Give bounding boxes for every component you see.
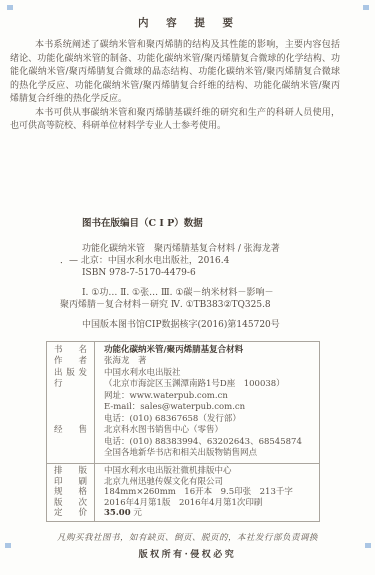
row-label: 定 价 [47, 508, 94, 519]
title-row: 书 名 功能化碳纳米管/聚丙烯腈基复合材料 [47, 345, 319, 357]
distributor-row: 经 售 北京科水图书销售中心（零售） 电话：(010) 88383994、632… [47, 425, 319, 460]
row-label: 排 版 [47, 466, 94, 477]
summary-paragraph-2: 本书可供从事碳纳米管和聚丙烯腈基碳纤维的研究和生产的科研人员使用，也可供高等院校… [10, 107, 340, 134]
edition-info: 2016年4月第1版 2016年4月第1次印刷 [94, 498, 319, 509]
typesetting-info: 中国水利水电出版社微机排版中心 [94, 466, 319, 477]
copyright-statement: 版权所有·侵权必究 [0, 547, 375, 560]
book-title: 功能化碳纳米管/聚丙烯腈基复合材料 [94, 345, 319, 357]
price-row: 定 价 35.00 元 [47, 508, 319, 519]
cip-classification-line-1: Ⅰ. ①功… Ⅱ. ①张… Ⅲ. ①碳－纳米材料－影响－ [60, 287, 375, 299]
column-divider [94, 342, 95, 522]
author-row: 作 者 张海龙 著 [47, 356, 319, 368]
publisher-address: （北京市海淀区玉渊潭南路1号D座 100038） [104, 379, 315, 391]
scan-corner-mark [7, 5, 13, 10]
format-info: 184mm×260mm 16开本 9.5印张 213千字 [94, 487, 319, 498]
publisher-row: 出 版 发 行 中国水利水电出版社 （北京市海淀区玉渊潭南路1号D座 10003… [47, 368, 319, 426]
row-label: 版 次 [47, 498, 94, 509]
distributor-phone: 电话：(010) 88383994、63202643、68545874 [104, 437, 315, 449]
publisher-info: 中国水利水电出版社 （北京市海淀区玉渊潭南路1号D座 100038） 网址：ww… [94, 368, 319, 426]
cip-block: 图书在版编目（C I P）数据 功能化碳纳米管 聚丙烯腈基复合材料 / 张海龙著… [60, 218, 375, 331]
row-label: 规 格 [47, 487, 94, 498]
colophon-section-top: 书 名 功能化碳纳米管/聚丙烯腈基复合材料 作 者 张海龙 著 出 版 发 行 … [47, 342, 319, 463]
publisher-website: 网址：www.waterpub.com.cn [104, 391, 315, 403]
publisher-phone: 电话：(010) 68367658（发行部） [104, 414, 315, 426]
distributor-info: 北京科水图书销售中心（零售） 电话：(010) 88383994、6320264… [94, 425, 319, 460]
row-label: 出 版 发 行 [47, 368, 94, 391]
row-label: 经 售 [47, 425, 94, 437]
publisher-name: 中国水利水电出版社 [104, 368, 315, 380]
edition-row: 版 次 2016年4月第1版 2016年4月第1次印刷 [47, 498, 319, 509]
scan-corner-mark [5, 543, 11, 548]
distributor-name: 北京科水图书销售中心（零售） [104, 425, 315, 437]
distributor-note: 全国各地新华书店和相关出版物销售网点 [104, 448, 315, 460]
scan-corner-mark [363, 5, 369, 10]
cip-isbn: ISBN 978-7-5170-4479-6 [60, 267, 375, 279]
row-label: 作 者 [47, 356, 94, 368]
publisher-email: E-mail：sales@waterpub.com.cn [104, 402, 315, 414]
book-copyright-page: 内 容 提 要 本书系统阐述了碳纳米管和聚丙烯腈的结构及其性能的影响，主要内容包… [0, 0, 375, 575]
cip-record-number: 中国版本图书馆CIP数据核字(2016)第145720号 [60, 319, 375, 331]
printing-row: 印 刷 北京九州迅驰传媒文化有限公司 [47, 477, 319, 488]
cip-classification-line-2: 聚丙烯腈－复合材料－研究 Ⅳ. ①TB383②TQ325.8 [60, 299, 375, 311]
cip-heading: 图书在版编目（C I P）数据 [60, 218, 375, 230]
cip-title-line: 功能化碳纳米管 聚丙烯腈基复合材料 / 张海龙著 [60, 243, 375, 255]
price-value: 35.00 [104, 508, 131, 518]
price-info: 35.00 元 [94, 508, 319, 519]
cip-publisher-line: ．— 北京：中国水利水电出版社，2016.4 [60, 255, 375, 267]
typesetting-row: 排 版 中国水利水电出版社微机排版中心 [47, 466, 319, 477]
summary-paragraph-1: 本书系统阐述了碳纳米管和聚丙烯腈的结构及其性能的影响，主要内容包括绪论、功能化碳… [10, 39, 340, 107]
colophon-section-bottom: 排 版 中国水利水电出版社微机排版中心 印 刷 北京九州迅驰传媒文化有限公司 规… [47, 463, 319, 522]
author-name: 张海龙 著 [94, 356, 319, 368]
price-unit: 元 [133, 508, 142, 518]
row-label: 书 名 [47, 345, 94, 357]
replacement-notice: 凡购买我社图书，如有缺页、倒页、脱页的，本社发行部负责调换 [0, 531, 375, 543]
row-label: 印 刷 [47, 477, 94, 488]
printing-info: 北京九州迅驰传媒文化有限公司 [94, 477, 319, 488]
scan-corner-mark [365, 543, 371, 548]
colophon-table: 书 名 功能化碳纳米管/聚丙烯腈基复合材料 作 者 张海龙 著 出 版 发 行 … [46, 341, 320, 523]
format-row: 规 格 184mm×260mm 16开本 9.5印张 213千字 [47, 487, 319, 498]
summary-heading: 内 容 提 要 [0, 0, 375, 30]
